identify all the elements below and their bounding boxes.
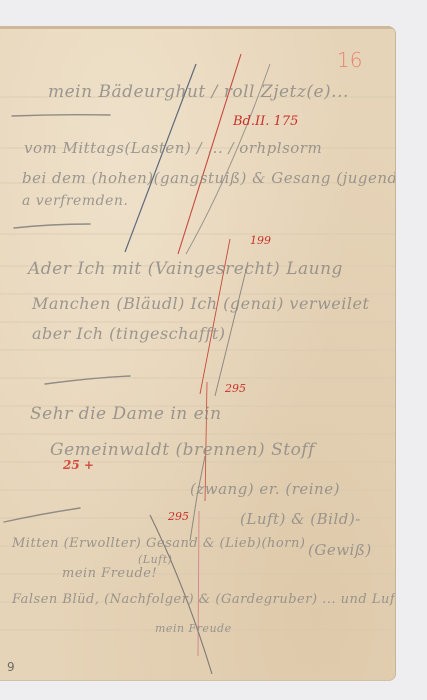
folio-number: 9	[7, 660, 15, 674]
page-number: 16	[337, 48, 362, 72]
entry-2-line-1: vom Mittags(Lasten) / ... / orhplsorm	[24, 139, 322, 157]
entry-1-line-1: mein Bädeurghut / roll Zjetz(e)...	[48, 82, 349, 102]
entry-2-line-3: a verfremden.	[22, 193, 128, 209]
entry-5-line-2: (Luft)	[138, 553, 172, 566]
notebook-page: 16 mein Bädeurghut / roll Zjetz(e)... Bd…	[0, 26, 395, 680]
entry-2-line-2: bei dem (hohen)(gangstuiß) & Gesang (jug…	[22, 169, 395, 187]
entry-3-line-1: Ader Ich mit (Vaingesrecht) Laung	[28, 259, 343, 279]
entry-3-line-3: aber Ich (tingeschafft)	[32, 324, 226, 343]
entry-6-line-1: Falsen Blüd, (Nachfolger) & (Gardegruber…	[12, 592, 395, 607]
entry-4-line-3: (zwang) er. (reine)	[190, 480, 340, 498]
red-reference-1: Bd.II. 175	[233, 114, 298, 129]
red-reference-3: 295	[225, 382, 246, 395]
entry-5-line-3: mein Freude!	[62, 566, 157, 581]
red-reference-2: 199	[250, 234, 271, 247]
entry-3-line-2: Manchen (Bläudl) Ich (genai) verweilet	[32, 294, 369, 313]
red-reference-4: 295	[168, 510, 189, 523]
entry-4-line-5: (Gewiß)	[308, 541, 372, 559]
entry-4-line-2: Gemeinwaldt (brennen) Stoff	[50, 440, 315, 460]
red-mark: 25 +	[63, 458, 94, 472]
entry-4-line-4: (Luft) & (Bild)-	[240, 510, 361, 528]
entry-4-line-1: Sehr die Dame in ein	[30, 404, 222, 424]
entry-6-line-2: mein Freude	[155, 622, 232, 635]
entry-5-line-1: Mitten (Erwollter) Gesand & (Lieb)(horn)	[12, 536, 305, 551]
